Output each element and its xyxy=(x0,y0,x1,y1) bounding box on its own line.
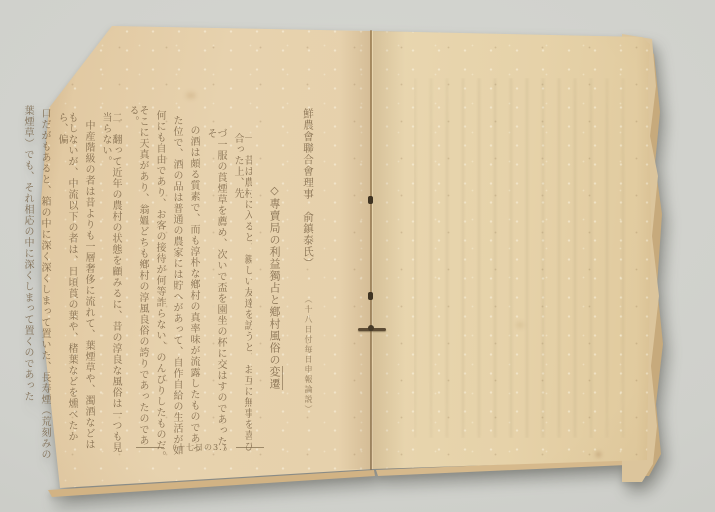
source-note: （十八日付毎日申報論説） xyxy=(304,295,313,415)
text-column: そこに天真があり、翁媼どちも鄕村の淳風良俗の誇りであったのである。 xyxy=(127,105,147,462)
paper-stain xyxy=(516,322,524,328)
binding-stitch xyxy=(368,196,373,204)
manuscript-body: 一 昔は農村に入ると、親しい友達を訪うと、お互に無事を喜び合った上、先 づ一服の… xyxy=(15,104,252,462)
gutter-shading xyxy=(339,31,371,469)
text-column: の酒は頗る質素で、而も淳朴な鄕村の真率味が流露したものであっ xyxy=(188,125,198,462)
text-column: 何にも自由であり、お客の接待が何等詐らない、のんびりしたものだ。 xyxy=(154,110,164,462)
byline-text: 鮮農會聯合會理事 俞鎮泰氏） xyxy=(302,108,314,269)
footer-note: （十七日の3.） xyxy=(168,442,232,453)
footer-dash-line xyxy=(236,447,264,448)
paper-stain xyxy=(186,92,196,99)
gutter-shading xyxy=(373,31,405,469)
binding-stitch xyxy=(368,292,373,300)
headline-column: ◇專賣局の利益獨占と鄕村風俗の変遷 xyxy=(269,184,280,452)
headline-emphasis: 変遷 xyxy=(269,366,283,390)
text-column: た位で、酒の品は普通の農家には貯へがあって、自作自給の生活が如 xyxy=(171,115,181,462)
text-column: 一 昔は農村に入ると、親しい友達を訪うと、お互に無事を喜び合った上、先 xyxy=(232,133,252,462)
headline-text: ◇專賣局の利益獨占と鄕村風俗の xyxy=(269,184,281,366)
text-column: 二 翻って近年の農村の状態を顧みるに、昔の淳良な風俗は一つも見当らない。 xyxy=(100,112,120,462)
page-footer: （十七日の3.） xyxy=(136,442,286,453)
open-notebook: 鮮農會聯合會理事 俞鎮泰氏） （十八日付毎日申報論説） ◇專賣局の利益獨占と鄕村… xyxy=(36,22,668,494)
footer-dash-line xyxy=(136,447,164,448)
ink-showthrough xyxy=(414,78,628,438)
binding-thread-knot xyxy=(368,325,374,331)
text-column: 口だがもあると、箱の中に深く深くしまって置いた、長寿煙（荒刻みの xyxy=(39,108,49,462)
binding-fold-line xyxy=(370,30,372,470)
header-column: 鮮農會聯合會理事 俞鎮泰氏） （十八日付毎日申報論説） xyxy=(300,108,316,452)
text-column: づ一服の莨煙草を薦め、次いで盃を園坐の杯に交はすのであった。そ xyxy=(205,128,225,462)
article-header: 鮮農會聯合會理事 俞鎮泰氏） （十八日付毎日申報論説） ◇專賣局の利益獨占と鄕村… xyxy=(269,108,316,452)
paper-stain xyxy=(596,452,601,457)
text-column: もしないが、中流以下の者は、日頃莨の葉や、楮葉などを燻べたから、偏 xyxy=(56,112,76,462)
text-column: 中産階級の者は昔よりも一層奢侈に流れて、葉煙草や、濁酒などは xyxy=(83,120,93,462)
photo-background: { "document": { "left_page": { "byline":… xyxy=(0,0,715,512)
text-column: 葉煙草）でも、それ相応の中に深くしまって置くのであった xyxy=(22,105,32,462)
